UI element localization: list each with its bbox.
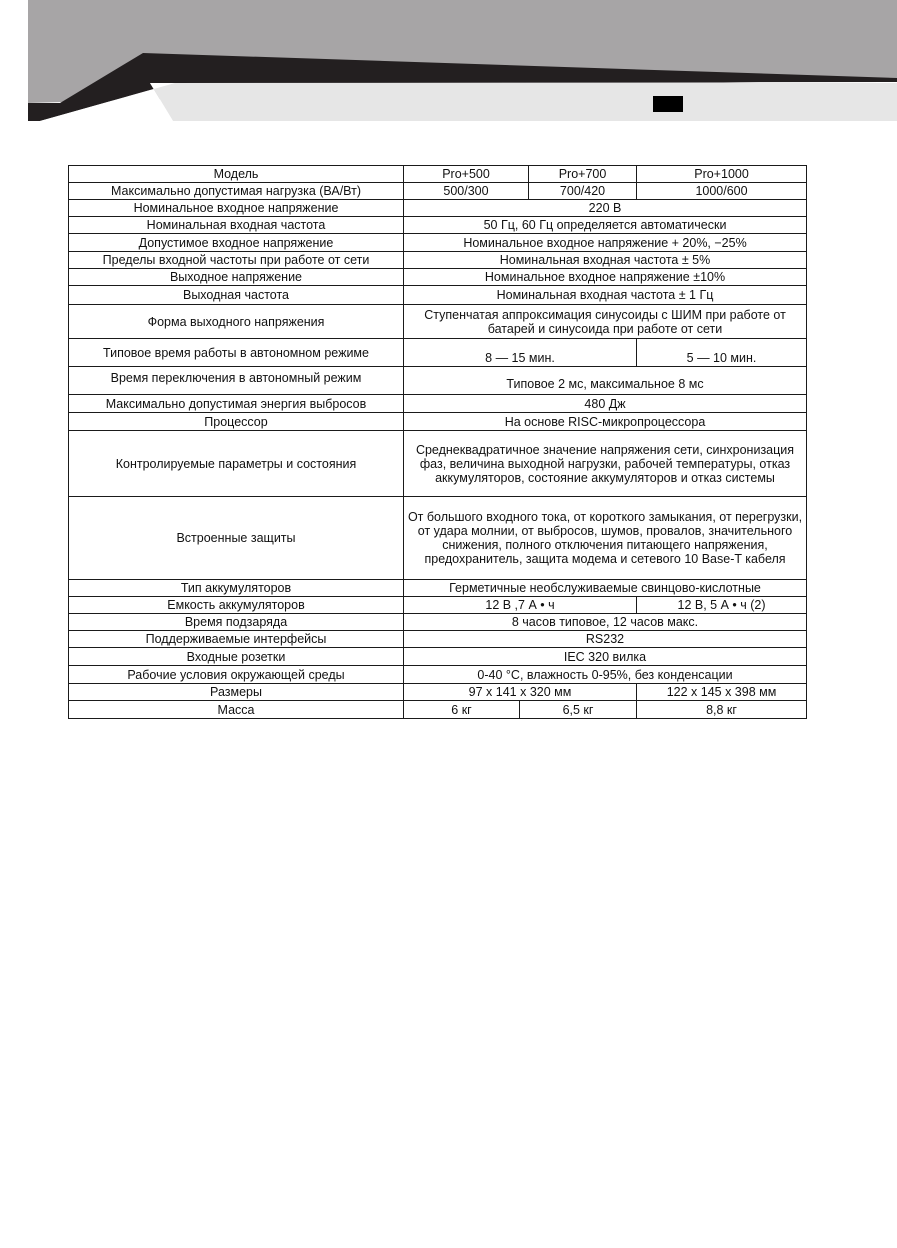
cell-all-models: Среднеквадратичное значение напряжения с… bbox=[404, 431, 807, 497]
row-label: Время подзаряда bbox=[69, 614, 404, 631]
cell-pro500-pro700: 8 — 15 мин. bbox=[404, 339, 637, 367]
row-label: Номинальная входная частота bbox=[69, 217, 404, 234]
row-label: Процессор bbox=[69, 413, 404, 431]
table-row: Выходная частота Номинальная входная час… bbox=[69, 286, 807, 305]
row-label: Емкость аккумуляторов bbox=[69, 597, 404, 614]
table-row: Форма выходного напряжения Ступенчатая а… bbox=[69, 305, 807, 339]
table-row: Входные розетки IEC 320 вилка bbox=[69, 648, 807, 666]
table-row: Максимально допустимая нагрузка (ВА/Вт) … bbox=[69, 183, 807, 200]
table-row: Масса 6 кг 6,5 кг 8,8 кг bbox=[69, 701, 807, 719]
row-label: Максимально допустимая нагрузка (ВА/Вт) bbox=[69, 183, 404, 200]
row-label: Встроенные защиты bbox=[69, 497, 404, 580]
row-label: Входные розетки bbox=[69, 648, 404, 666]
table-row: Допустимое входное напряжение Номинально… bbox=[69, 234, 807, 252]
row-label: Выходная частота bbox=[69, 286, 404, 305]
header-decoration bbox=[0, 0, 897, 125]
cell-pro1000: 5 — 10 мин. bbox=[637, 339, 807, 367]
cell-all-models: Типовое 2 мс, максимальное 8 мс bbox=[404, 367, 807, 395]
row-label: Выходное напряжение bbox=[69, 269, 404, 286]
row-label: Время переключения в автономный режим bbox=[69, 367, 404, 395]
page-header-banner bbox=[0, 0, 897, 125]
cell-all-models: Номинальное входное напряжение + 20%, −2… bbox=[404, 234, 807, 252]
cell-pro500: Pro+500 bbox=[404, 166, 529, 183]
row-label: Пределы входной частоты при работе от се… bbox=[69, 252, 404, 269]
table-row: Размеры 97 x 141 x 320 мм 122 x 145 x 39… bbox=[69, 684, 807, 701]
table-row: Контролируемые параметры и состояния Сре… bbox=[69, 431, 807, 497]
table-row: Тип аккумуляторов Герметичные необслужив… bbox=[69, 580, 807, 597]
page-marker-square bbox=[653, 96, 683, 112]
table-row: Встроенные защиты От большого входного т… bbox=[69, 497, 807, 580]
table-row: Максимально допустимая энергия выбросов … bbox=[69, 395, 807, 413]
row-label: Форма выходного напряжения bbox=[69, 305, 404, 339]
cell-pro1000: 1000/600 bbox=[637, 183, 807, 200]
cell-pro500: 500/300 bbox=[404, 183, 529, 200]
specifications-table: Модель Pro+500 Pro+700 Pro+1000 Максимал… bbox=[68, 165, 807, 719]
table-row-model: Модель Pro+500 Pro+700 Pro+1000 bbox=[69, 166, 807, 183]
cell-all-models: Номинальная входная частота ± 5% bbox=[404, 252, 807, 269]
cell-pro500-pro700: 12 В ,7 А • ч bbox=[404, 597, 637, 614]
table-row: Поддерживаемые интерфейсы RS232 bbox=[69, 631, 807, 648]
cell-pro1000: 12 В, 5 А • ч (2) bbox=[637, 597, 807, 614]
cell-all-models: На основе RISC-микропроцессора bbox=[404, 413, 807, 431]
row-label: Тип аккумуляторов bbox=[69, 580, 404, 597]
cell-all-models: От большого входного тока, от короткого … bbox=[404, 497, 807, 580]
cell-all-models: 50 Гц, 60 Гц определяется автоматически bbox=[404, 217, 807, 234]
row-label: Модель bbox=[69, 166, 404, 183]
table-row: Выходное напряжение Номинальное входное … bbox=[69, 269, 807, 286]
table-row: Время подзаряда 8 часов типовое, 12 часо… bbox=[69, 614, 807, 631]
table-row: Емкость аккумуляторов 12 В ,7 А • ч 12 В… bbox=[69, 597, 807, 614]
cell-all-models: IEC 320 вилка bbox=[404, 648, 807, 666]
row-label: Номинальное входное напряжение bbox=[69, 200, 404, 217]
cell-all-models: 220 В bbox=[404, 200, 807, 217]
cell-pro700: 6,5 кг bbox=[520, 701, 637, 719]
cell-all-models: 8 часов типовое, 12 часов макс. bbox=[404, 614, 807, 631]
row-label: Поддерживаемые интерфейсы bbox=[69, 631, 404, 648]
cell-pro1000: 122 x 145 x 398 мм bbox=[637, 684, 807, 701]
cell-all-models: 0-40 °C, влажность 0-95%, без конденсаци… bbox=[404, 666, 807, 684]
table-row: Пределы входной частоты при работе от се… bbox=[69, 252, 807, 269]
table-row: Время переключения в автономный режим Ти… bbox=[69, 367, 807, 395]
cell-all-models: 480 Дж bbox=[404, 395, 807, 413]
cell-all-models: Номинальная входная частота ± 1 Гц bbox=[404, 286, 807, 305]
table-row: Номинальное входное напряжение 220 В bbox=[69, 200, 807, 217]
table-row: Номинальная входная частота 50 Гц, 60 Гц… bbox=[69, 217, 807, 234]
row-label: Максимально допустимая энергия выбросов bbox=[69, 395, 404, 413]
cell-pro500-pro700: 97 x 141 x 320 мм bbox=[404, 684, 637, 701]
cell-all-models: Номинальное входное напряжение ±10% bbox=[404, 269, 807, 286]
cell-pro1000: 8,8 кг bbox=[637, 701, 807, 719]
row-label: Масса bbox=[69, 701, 404, 719]
cell-pro700: Pro+700 bbox=[529, 166, 637, 183]
cell-pro700: 700/420 bbox=[529, 183, 637, 200]
row-label: Типовое время работы в автономном режиме bbox=[69, 339, 404, 367]
cell-all-models: Герметичные необслуживаемые свинцово-кис… bbox=[404, 580, 807, 597]
table-row: Рабочие условия окружающей среды 0-40 °C… bbox=[69, 666, 807, 684]
table-row: Процессор На основе RISC-микропроцессора bbox=[69, 413, 807, 431]
row-label: Допустимое входное напряжение bbox=[69, 234, 404, 252]
cell-all-models: RS232 bbox=[404, 631, 807, 648]
cell-all-models: Ступенчатая аппроксимация синусоиды с ШИ… bbox=[404, 305, 807, 339]
cell-pro1000: Pro+1000 bbox=[637, 166, 807, 183]
row-label: Рабочие условия окружающей среды bbox=[69, 666, 404, 684]
row-label: Размеры bbox=[69, 684, 404, 701]
table-row: Типовое время работы в автономном режиме… bbox=[69, 339, 807, 367]
row-label: Контролируемые параметры и состояния bbox=[69, 431, 404, 497]
cell-pro500: 6 кг bbox=[404, 701, 520, 719]
